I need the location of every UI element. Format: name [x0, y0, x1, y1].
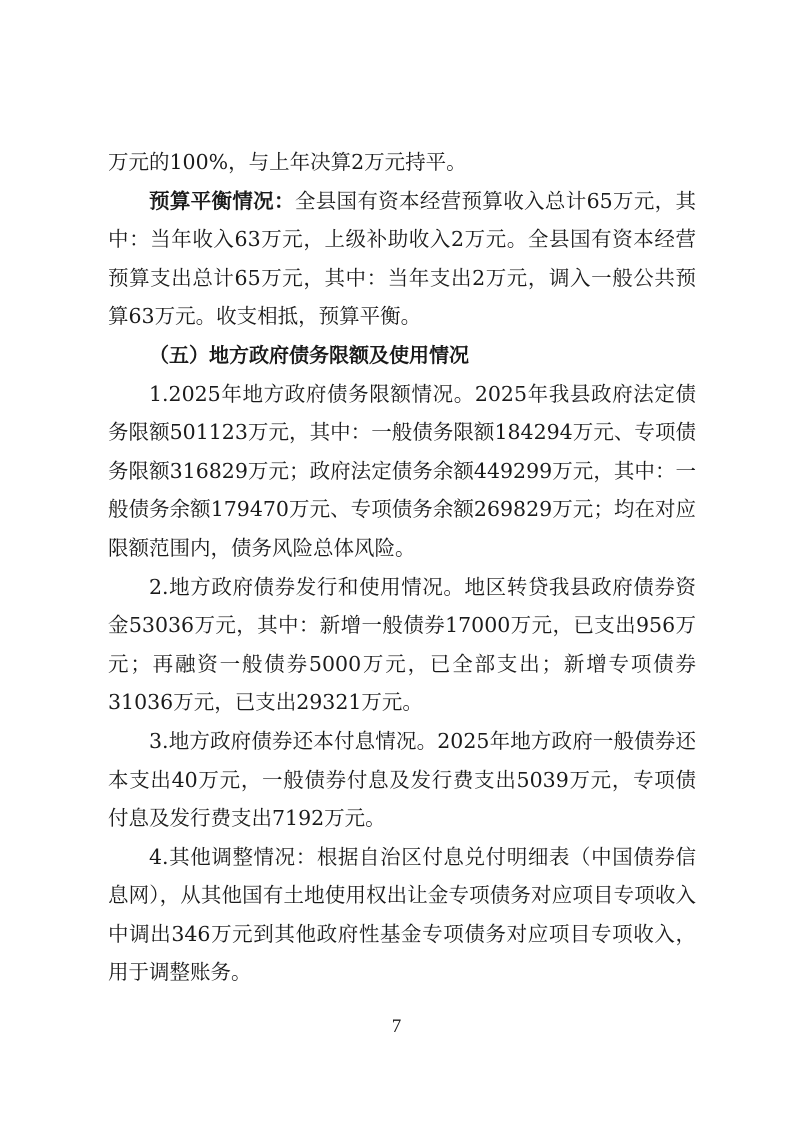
document-page: 万元的100%，与上年决算2万元持平。 预算平衡情况：全县国有资本经营预算收入总…	[108, 143, 696, 992]
page-number: 7	[0, 1016, 793, 1038]
other-adjustments-paragraph: 4.其他调整情况：根据自治区付息兑付明细表（中国债券信息网），从其他国有土地使用…	[108, 838, 696, 992]
continuation-paragraph: 万元的100%，与上年决算2万元持平。	[108, 143, 696, 182]
debt-repayment-paragraph: 3.地方政府债券还本付息情况。2025年地方政府一般债券还本支出40万元，一般债…	[108, 722, 696, 838]
budget-balance-lead: 预算平衡情况：	[149, 189, 295, 213]
section-heading: （五）地方政府债务限额及使用情况	[108, 336, 696, 375]
budget-balance-paragraph: 预算平衡情况：全县国有资本经营预算收入总计65万元，其中：当年收入63万元，上级…	[108, 182, 696, 336]
bond-issuance-paragraph: 2.地方政府债券发行和使用情况。地区转贷我县政府债券资金53036万元，其中：新…	[108, 568, 696, 722]
debt-limit-paragraph: 1.2025年地方政府债务限额情况。2025年我县政府法定债务限额501123万…	[108, 375, 696, 568]
